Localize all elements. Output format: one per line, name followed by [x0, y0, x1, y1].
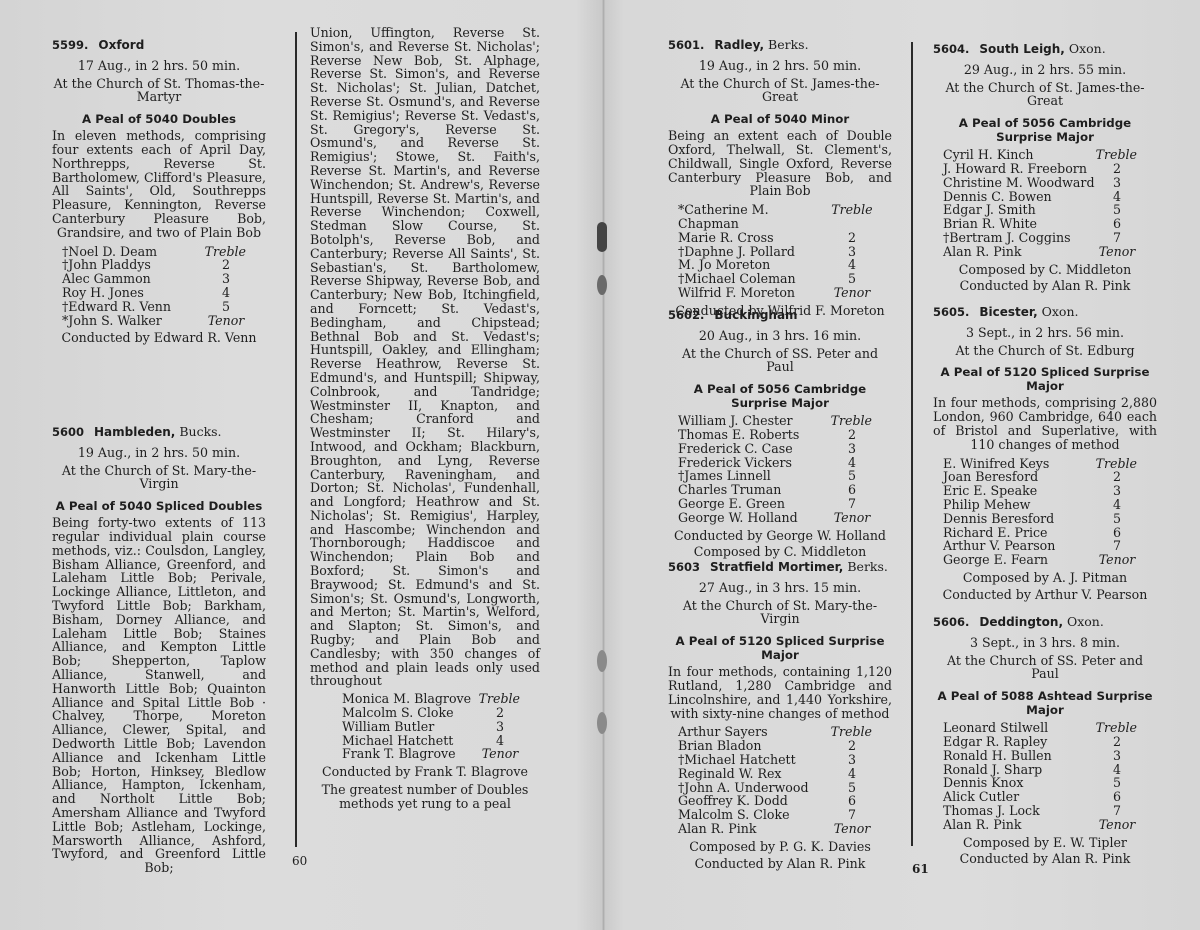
ringer-name: †Edward R. Venn: [62, 300, 171, 314]
ringer-row: Malcolm S. Cloke2: [342, 706, 540, 720]
ringer-row: Brian R. White6: [943, 217, 1157, 231]
bell-position: Treble: [205, 245, 246, 259]
ringer-row: †Bertram J. Coggins7: [943, 231, 1157, 245]
ringer-name-text: Malcolm S. Cloke: [342, 705, 454, 720]
ringer-name: Edgar R. Rapley: [943, 735, 1047, 749]
peal-title: A Peal of 5040 Minor: [668, 112, 892, 126]
ringer-row: George E. Green7: [678, 497, 892, 511]
ringer-row: Ronald H. Bullen3: [943, 749, 1157, 763]
peal-heading: 5606.Deddington, Oxon.: [933, 615, 1157, 630]
ringer-name-text: Charles Truman: [678, 482, 781, 497]
ringer-list: †Noel D. DeamTreble†John Pladdys2Alec Ga…: [62, 245, 266, 328]
ringer-name: Malcolm S. Cloke: [678, 808, 790, 822]
ringer-name-text: Alan R. Pink: [943, 817, 1021, 832]
ringer-name-text: Richard E. Price: [943, 525, 1048, 540]
bell-position: 5: [832, 272, 872, 286]
ringer-name: Alan R. Pink: [943, 245, 1021, 259]
bell-position: 2: [1097, 162, 1137, 176]
peal-heading: 5603Stratfield Mortimer, Berks.: [668, 560, 892, 575]
peal-date: 19 Aug., in 2 hrs. 50 min.: [668, 59, 892, 73]
peal-place: Hambleden,: [94, 425, 175, 439]
ringer-name-text: Thomas E. Roberts: [678, 427, 799, 442]
ringer-name: Leonard Stilwell: [943, 721, 1048, 735]
peal-credit: Conducted by Alan R. Pink: [933, 852, 1157, 866]
ringer-row: *John S. WalkerTenor: [62, 314, 266, 328]
ringer-row: Thomas J. Lock7: [943, 804, 1157, 818]
peal-credit: Conducted by Edward R. Venn: [52, 331, 266, 345]
ringer-name-text: Alick Cutler: [943, 789, 1019, 804]
bell-position: 3: [480, 720, 520, 734]
peal-county: Berks.: [847, 559, 888, 574]
ringer-name-text: John S. Walker: [68, 313, 162, 328]
peal-entry: 5606.Deddington, Oxon.3 Sept., in 3 hrs.…: [933, 615, 1157, 866]
ringer-list: Cyril H. KinchTrebleJ. Howard R. Freebor…: [943, 148, 1157, 258]
peal-entry: 5601.Radley, Berks.19 Aug., in 2 hrs. 50…: [668, 38, 892, 318]
peal-description: In eleven methods, comprising four exten…: [52, 129, 266, 239]
peal-county: Bucks.: [179, 424, 221, 439]
ringer-name-text: Brian R. White: [943, 216, 1037, 231]
ringer-row: Frank T. BlagroveTenor: [342, 747, 540, 761]
ringer-name: †Michael Coleman: [678, 272, 796, 286]
peal-date: 20 Aug., in 3 hrs. 16 min.: [668, 329, 892, 343]
ringer-name: Eric E. Speake: [943, 484, 1037, 498]
ringer-row: Reginald W. Rex4: [678, 767, 892, 781]
ringer-list: Monica M. BlagroveTrebleMalcolm S. Cloke…: [342, 692, 540, 761]
peal-number: 5599.: [52, 38, 88, 52]
ringer-name: Monica M. Blagrove: [342, 692, 471, 706]
peal-church: At the Church of SS. Peter and Paul: [933, 654, 1157, 682]
bell-position: 7: [1097, 539, 1137, 553]
ringer-name: Thomas J. Lock: [943, 804, 1040, 818]
ringer-row: Philip Mehew4: [943, 498, 1157, 512]
ringer-name: Cyril H. Kinch: [943, 148, 1034, 162]
ringer-row: George W. HollandTenor: [678, 511, 892, 525]
bell-position: 5: [1097, 776, 1137, 790]
bell-position: 5: [1097, 512, 1137, 526]
ringer-row: M. Jo Moreton4: [678, 258, 892, 272]
ringer-name-text: Monica M. Blagrove: [342, 691, 471, 706]
peal-description: Being forty-two extents of 113 regular i…: [52, 516, 266, 875]
peal-title: A Peal of 5120 Spliced Surprise Major: [668, 634, 892, 662]
ringer-name: Alan R. Pink: [943, 818, 1021, 832]
bell-position: Tenor: [1097, 553, 1137, 567]
peal-title: A Peal of 5056 Cambridge Surprise Major: [933, 116, 1157, 144]
ringer-name: Brian R. White: [943, 217, 1037, 231]
ringer-name: Christine M. Woodward: [943, 176, 1095, 190]
ringer-name-text: Frank T. Blagrove: [342, 746, 456, 761]
ringer-name-text: Edgar J. Smith: [943, 202, 1036, 217]
peal-place: Stratfield Mortimer,: [710, 560, 843, 574]
ringer-name: Michael Hatchett: [342, 734, 453, 748]
bell-position: Treble: [479, 692, 520, 706]
ringer-name: *Catherine M. Chapman: [678, 203, 831, 231]
staple: [597, 222, 607, 252]
ringer-name-text: Bertram J. Coggins: [949, 230, 1070, 245]
bell-position: 5: [832, 469, 872, 483]
bell-position: Treble: [831, 725, 872, 739]
bell-position: 2: [832, 428, 872, 442]
ringer-name-text: Eric E. Speake: [943, 483, 1037, 498]
peal-church: At the Church of St. James-the-Great: [668, 77, 892, 105]
ringer-row: Dennis Knox5: [943, 776, 1157, 790]
peal-number: 5605.: [933, 305, 969, 319]
ringer-name-text: Michael Coleman: [684, 271, 795, 286]
bell-position: 3: [1097, 484, 1137, 498]
bell-position: 2: [832, 231, 872, 245]
ringer-name-text: William J. Chester: [678, 413, 793, 428]
ringer-name-text: Arthur Sayers: [678, 724, 768, 739]
ringer-name: Brian Bladon: [678, 739, 761, 753]
bell-position: 6: [1097, 790, 1137, 804]
ringer-name-text: William Butler: [342, 719, 434, 734]
peal-church: At the Church of SS. Peter and Paul: [668, 347, 892, 375]
peal-church: At the Church of St. Mary-the-Virgin: [668, 599, 892, 627]
peal-place: South Leigh,: [979, 42, 1064, 56]
bell-position: 3: [206, 272, 246, 286]
ringer-name-text: Catherine M. Chapman: [678, 202, 769, 231]
bell-position: 6: [1097, 217, 1137, 231]
ringer-name: †Daphne J. Pollard: [678, 245, 795, 259]
peal-number: 5603: [668, 560, 700, 574]
ringer-name-text: George E. Fearn: [943, 552, 1048, 567]
ringer-row: Eric E. Speake3: [943, 484, 1157, 498]
peal-credit: Composed by A. J. Pitman: [933, 571, 1157, 585]
bell-position: 3: [832, 442, 872, 456]
peal-number: 5606.: [933, 615, 969, 629]
ringer-row: †John A. Underwood5: [678, 781, 892, 795]
peal-heading: 5601.Radley, Berks.: [668, 38, 892, 53]
ringer-name-text: Thomas J. Lock: [943, 803, 1040, 818]
ringer-row: E. Winifred KeysTreble: [943, 457, 1157, 471]
column-rule: [295, 32, 297, 847]
bell-position: Tenor: [832, 511, 872, 525]
peal-credit: Conducted by Alan R. Pink: [668, 857, 892, 871]
ringer-name-text: Frederick Vickers: [678, 455, 792, 470]
peal-church: At the Church of St. Edburg: [933, 344, 1157, 358]
ringer-row: Arthur V. Pearson7: [943, 539, 1157, 553]
ringer-name-text: Wilfrid F. Moreton: [678, 285, 795, 300]
peal-entry: 5602.Buckingham 20 Aug., in 3 hrs. 16 mi…: [668, 308, 892, 559]
peal-title: A Peal of 5056 Cambridge Surprise Major: [668, 382, 892, 410]
ringer-name: †Bertram J. Coggins: [943, 231, 1071, 245]
bell-position: Tenor: [1097, 818, 1137, 832]
peal-place: Buckingham: [714, 308, 797, 322]
ringer-name: Arthur Sayers: [678, 725, 768, 739]
bell-position: 6: [832, 483, 872, 497]
ringer-row: Monica M. BlagroveTreble: [342, 692, 540, 706]
bell-position: Treble: [1096, 721, 1137, 735]
ringer-name: †Noel D. Deam: [62, 245, 157, 259]
ringer-name-text: Dennis C. Bowen: [943, 189, 1052, 204]
ringer-name: E. Winifred Keys: [943, 457, 1049, 471]
ringer-name: Marie R. Cross: [678, 231, 774, 245]
ringer-name-text: George W. Holland: [678, 510, 798, 525]
bell-position: 3: [1097, 176, 1137, 190]
peal-date: 17 Aug., in 2 hrs. 50 min.: [52, 59, 266, 73]
peal-number: 5601.: [668, 38, 704, 52]
ringer-row: †Noel D. DeamTreble: [62, 245, 266, 259]
page-number-right: 61: [912, 862, 929, 876]
peal-date: 27 Aug., in 3 hrs. 15 min.: [668, 581, 892, 595]
ringer-row: Alan R. PinkTenor: [943, 818, 1157, 832]
bell-position: Tenor: [832, 286, 872, 300]
ringer-name-text: Malcolm S. Cloke: [678, 807, 790, 822]
ringer-name: George E. Green: [678, 497, 785, 511]
ringer-name: William Butler: [342, 720, 434, 734]
ringer-list: William J. ChesterTrebleThomas E. Robert…: [678, 414, 892, 524]
ringer-name: Frederick C. Case: [678, 442, 793, 456]
peal-credit: Composed by P. G. K. Davies: [668, 840, 892, 854]
ringer-name-text: Marie R. Cross: [678, 230, 774, 245]
ringer-row: Charles Truman6: [678, 483, 892, 497]
ringer-row: Dennis Beresford5: [943, 512, 1157, 526]
ringer-name: Geoffrey K. Dodd: [678, 794, 788, 808]
ringer-row: Thomas E. Roberts2: [678, 428, 892, 442]
ringer-name: Alick Cutler: [943, 790, 1019, 804]
ringer-row: Ronald J. Sharp4: [943, 763, 1157, 777]
ringer-name-text: Brian Bladon: [678, 738, 761, 753]
peal-entry: 5600Hambleden, Bucks.19 Aug., in 2 hrs. …: [52, 425, 266, 880]
peal-title: A Peal of 5040 Spliced Doubles: [52, 499, 266, 513]
ringer-name-text: Daphne J. Pollard: [684, 244, 795, 259]
ringer-name-text: Michael Hatchett: [684, 752, 795, 767]
ringer-list: E. Winifred KeysTrebleJoan Beresford2Eri…: [943, 457, 1157, 567]
bell-position: 4: [206, 286, 246, 300]
peal-church: At the Church of St. Thomas-the-Martyr: [52, 77, 266, 105]
ringer-name: M. Jo Moreton: [678, 258, 770, 272]
ringer-name: Malcolm S. Cloke: [342, 706, 454, 720]
peal-entry: 5604.South Leigh, Oxon.29 Aug., in 2 hrs…: [933, 42, 1157, 293]
peal-heading: 5602.Buckingham: [668, 308, 892, 323]
bell-position: 3: [832, 245, 872, 259]
ringer-row: Edgar R. Rapley2: [943, 735, 1157, 749]
peal-county: Oxon.: [1042, 304, 1079, 319]
bell-position: 7: [832, 808, 872, 822]
peal-county: Oxon.: [1069, 41, 1106, 56]
ringer-name: Dennis Knox: [943, 776, 1023, 790]
ringer-row: Arthur SayersTreble: [678, 725, 892, 739]
ringer-row: †Edward R. Venn5: [62, 300, 266, 314]
ringer-name: †John Pladdys: [62, 258, 151, 272]
ringer-row: William Butler3: [342, 720, 540, 734]
bell-position: 5: [206, 300, 246, 314]
bell-position: 7: [832, 497, 872, 511]
ringer-name: Joan Beresford: [943, 470, 1038, 484]
ringer-name: Dennis C. Bowen: [943, 190, 1052, 204]
ringer-name: Reginald W. Rex: [678, 767, 782, 781]
ringer-row: J. Howard R. Freeborn2: [943, 162, 1157, 176]
ringer-name: Dennis Beresford: [943, 512, 1054, 526]
ringer-row: Michael Hatchett4: [342, 734, 540, 748]
ringer-name: Roy H. Jones: [62, 286, 144, 300]
bell-position: 4: [1097, 763, 1137, 777]
bell-position: 6: [1097, 526, 1137, 540]
bell-position: 4: [1097, 498, 1137, 512]
peal-place: Oxford: [98, 38, 144, 52]
bell-position: 3: [832, 753, 872, 767]
ringer-row: Christine M. Woodward3: [943, 176, 1157, 190]
ringer-name-text: Philip Mehew: [943, 497, 1030, 512]
ringer-row: Alec Gammon3: [62, 272, 266, 286]
bell-position: Tenor: [1097, 245, 1137, 259]
ringer-name: Arthur V. Pearson: [943, 539, 1055, 553]
ringer-row: George E. FearnTenor: [943, 553, 1157, 567]
peal-title: A Peal of 5120 Spliced Surprise Major: [933, 365, 1157, 393]
bell-position: 4: [832, 258, 872, 272]
bell-position: Treble: [1096, 148, 1137, 162]
peal-church: At the Church of St. James-the-Great: [933, 81, 1157, 109]
ringer-row: Roy H. Jones4: [62, 286, 266, 300]
ringer-list: Arthur SayersTrebleBrian Bladon2†Michael…: [678, 725, 892, 835]
ringer-row: Richard E. Price6: [943, 526, 1157, 540]
ringer-row: †John Pladdys2: [62, 258, 266, 272]
bell-position: 7: [1097, 231, 1137, 245]
ringer-name: Philip Mehew: [943, 498, 1030, 512]
ringer-name-text: Leonard Stilwell: [943, 720, 1048, 735]
peal-credit: Composed by E. W. Tipler: [933, 836, 1157, 850]
ringer-row: Brian Bladon2: [678, 739, 892, 753]
ringer-name-text: Reginald W. Rex: [678, 766, 782, 781]
ringer-name-text: J. Howard R. Freeborn: [943, 161, 1087, 176]
ringer-name-text: Ronald J. Sharp: [943, 762, 1042, 777]
peal-county: Oxon.: [1067, 614, 1104, 629]
peal-date: 3 Sept., in 2 hrs. 56 min.: [933, 326, 1157, 340]
peal-date: 29 Aug., in 2 hrs. 55 min.: [933, 63, 1157, 77]
bell-position: Tenor: [206, 314, 246, 328]
bell-position: Tenor: [480, 747, 520, 761]
staple: [597, 712, 607, 734]
ringer-list: Leonard StilwellTrebleEdgar R. Rapley2Ro…: [943, 721, 1157, 831]
bell-position: 2: [832, 739, 872, 753]
bell-position: 2: [1097, 470, 1137, 484]
peal-number: 5602.: [668, 308, 704, 322]
peal-description: In four methods, containing 1,120 Rutlan…: [668, 665, 892, 720]
ringer-name-text: Ronald H. Bullen: [943, 748, 1052, 763]
column-2: Union, Uffington, Reverse St. Simon's, a…: [310, 26, 540, 811]
ringer-name: George E. Fearn: [943, 553, 1048, 567]
ringer-name-text: Cyril H. Kinch: [943, 147, 1034, 162]
ringer-name-text: Dennis Beresford: [943, 511, 1054, 526]
bell-position: 5: [1097, 203, 1137, 217]
ringer-list: *Catherine M. ChapmanTrebleMarie R. Cros…: [678, 203, 892, 300]
conductor-credit: Conducted by Frank T. Blagrove: [310, 765, 540, 779]
peal-heading: 5600Hambleden, Bucks.: [52, 425, 266, 440]
ringer-name-text: Roy H. Jones: [62, 285, 144, 300]
peal-entry: 5599.Oxford 17 Aug., in 2 hrs. 50 min.At…: [52, 38, 266, 345]
ringer-name: Wilfrid F. Moreton: [678, 286, 795, 300]
ringer-row: Frederick C. Case3: [678, 442, 892, 456]
peal-place: Deddington,: [979, 615, 1063, 629]
ringer-row: †James Linnell5: [678, 469, 892, 483]
ringer-name: Alec Gammon: [62, 272, 151, 286]
peal-credit: Conducted by Alan R. Pink: [933, 279, 1157, 293]
ringer-name-text: George E. Green: [678, 496, 785, 511]
peal-note: The greatest number of Doubles methods y…: [310, 783, 540, 811]
ringer-name-text: E. Winifred Keys: [943, 456, 1049, 471]
bell-position: Treble: [1096, 457, 1137, 471]
book-spine: [602, 0, 605, 930]
ringer-name-text: Alan R. Pink: [678, 821, 756, 836]
book-spread: 60 61 5599.Oxford 17 Aug., in 2 hrs. 50 …: [0, 0, 1200, 930]
bell-position: Treble: [831, 203, 872, 231]
peal-title: A Peal of 5088 Ashtead Surprise Major: [933, 689, 1157, 717]
peal-place: Radley,: [714, 38, 764, 52]
ringer-name-text: Dennis Knox: [943, 775, 1023, 790]
ringer-name: Thomas E. Roberts: [678, 428, 799, 442]
ringer-name-text: Frederick C. Case: [678, 441, 793, 456]
ringer-name: Ronald J. Sharp: [943, 763, 1042, 777]
ringer-name-text: M. Jo Moreton: [678, 257, 770, 272]
ringer-name: Frederick Vickers: [678, 456, 792, 470]
ringer-row: Joan Beresford2: [943, 470, 1157, 484]
ringer-name: Richard E. Price: [943, 526, 1048, 540]
ringer-row: †Michael Coleman5: [678, 272, 892, 286]
column-rule: [911, 42, 913, 846]
ringer-name-text: Alec Gammon: [62, 271, 151, 286]
ringer-name: Edgar J. Smith: [943, 203, 1036, 217]
ringer-name: Frank T. Blagrove: [342, 747, 456, 761]
ringer-row: Alan R. PinkTenor: [678, 822, 892, 836]
ringer-name-text: John Pladdys: [68, 257, 151, 272]
peal-number: 5604.: [933, 42, 969, 56]
ringer-name: †James Linnell: [678, 469, 771, 483]
ringer-name-text: Edward R. Venn: [68, 299, 171, 314]
bell-position: 5: [832, 781, 872, 795]
peal-heading: 5599.Oxford: [52, 38, 266, 53]
ringer-name: Ronald H. Bullen: [943, 749, 1052, 763]
ringer-name-text: Arthur V. Pearson: [943, 538, 1055, 553]
ringer-name-text: Edgar R. Rapley: [943, 734, 1047, 749]
peal-credit: Composed by C. Middleton: [933, 263, 1157, 277]
bell-position: 4: [480, 734, 520, 748]
ringer-name-text: Michael Hatchett: [342, 733, 453, 748]
ringer-name-text: Joan Beresford: [943, 469, 1038, 484]
ringer-name-text: Noel D. Deam: [68, 244, 157, 259]
ringer-row: Geoffrey K. Dodd6: [678, 794, 892, 808]
bell-position: 4: [1097, 190, 1137, 204]
bell-position: 2: [1097, 735, 1137, 749]
bell-position: 2: [206, 258, 246, 272]
ringer-name-text: James Linnell: [684, 468, 771, 483]
ringer-name: †Michael Hatchett: [678, 753, 796, 767]
peal-date: 19 Aug., in 2 hrs. 50 min.: [52, 446, 266, 460]
ringer-name: †John A. Underwood: [678, 781, 809, 795]
peal-county: Berks.: [768, 37, 809, 52]
peal-title: A Peal of 5040 Doubles: [52, 112, 266, 126]
peal-description: In four methods, comprising 2,880 London…: [933, 396, 1157, 451]
peal-entry: 5603Stratfield Mortimer, Berks.27 Aug., …: [668, 560, 892, 870]
bell-position: 7: [1097, 804, 1137, 818]
ringer-row: Leonard StilwellTreble: [943, 721, 1157, 735]
ringer-name-text: Christine M. Woodward: [943, 175, 1095, 190]
bell-position: 4: [832, 456, 872, 470]
ringer-name-text: Alan R. Pink: [943, 244, 1021, 259]
ringer-name-text: Geoffrey K. Dodd: [678, 793, 788, 808]
ringer-name: Alan R. Pink: [678, 822, 756, 836]
bell-position: 2: [480, 706, 520, 720]
peal-place: Bicester,: [979, 305, 1037, 319]
ringer-name-text: John A. Underwood: [684, 780, 808, 795]
bell-position: Tenor: [832, 822, 872, 836]
peal-heading: 5604.South Leigh, Oxon.: [933, 42, 1157, 57]
ringer-row: Wilfrid F. MoretonTenor: [678, 286, 892, 300]
peal-credit: Composed by C. Middleton: [668, 545, 892, 559]
ringer-name: William J. Chester: [678, 414, 793, 428]
ringer-row: William J. ChesterTreble: [678, 414, 892, 428]
ringer-row: Alan R. PinkTenor: [943, 245, 1157, 259]
ringer-name: *John S. Walker: [62, 314, 162, 328]
bell-position: 3: [1097, 749, 1137, 763]
